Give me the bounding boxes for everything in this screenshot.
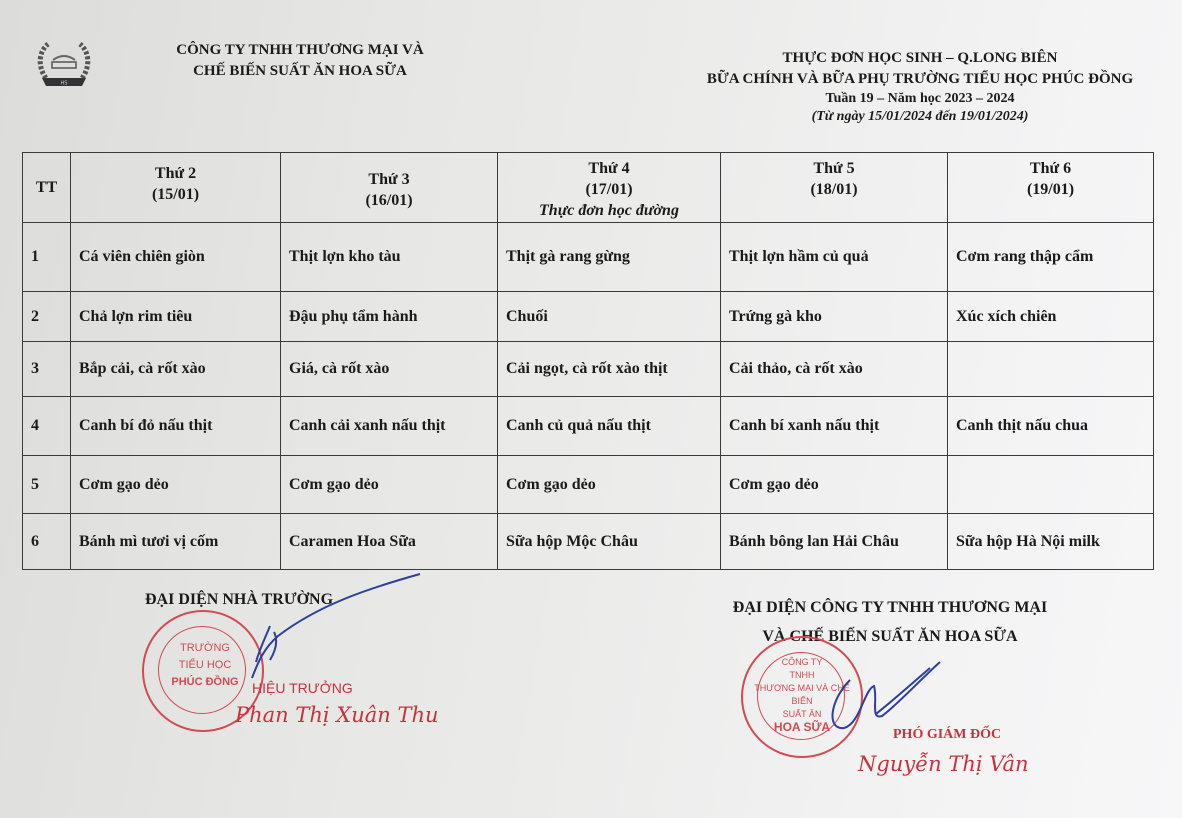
table-row: 6Bánh mì tươi vị cốmCaramen Hoa SữaSữa h… bbox=[23, 514, 1154, 570]
company-representative-heading: ĐẠI DIỆN CÔNG TY TNHH THƯƠNG MẠI VÀ CHẾ … bbox=[680, 593, 1100, 651]
table-row: 2Chả lợn rim tiêuĐậu phụ tẩm hànhChuốiTr… bbox=[23, 292, 1154, 342]
day-label: Thứ 4 bbox=[498, 158, 720, 179]
menu-cell: Cơm gạo dẻo bbox=[498, 456, 721, 514]
header-day: Thứ 6 (19/01) bbox=[948, 153, 1154, 223]
company-heading-line2: VÀ CHẾ BIẾN SUẤT ĂN HOA SỮA bbox=[680, 622, 1100, 651]
company-logo-icon: HS bbox=[36, 38, 92, 90]
header-day: Thứ 4 (17/01) Thực đơn học đường bbox=[498, 153, 721, 223]
menu-cell: Cơm gạo dẻo bbox=[721, 456, 948, 514]
table-row: 5Cơm gạo dẻoCơm gạo dẻoCơm gạo dẻoCơm gạ… bbox=[23, 456, 1154, 514]
header-day: Thứ 2 (15/01) bbox=[71, 153, 281, 223]
menu-cell: Thịt lợn hầm củ quả bbox=[721, 223, 948, 292]
menu-table: TT Thứ 2 (15/01) Thứ 3 (16/01) Thứ 4 (17… bbox=[22, 152, 1154, 570]
table-row: 4Canh bí đỏ nấu thịtCanh cải xanh nấu th… bbox=[23, 397, 1154, 456]
day-label: Thứ 5 bbox=[721, 158, 947, 179]
menu-cell: Xúc xích chiên bbox=[948, 292, 1154, 342]
menu-cell bbox=[948, 342, 1154, 397]
company-heading-line1: ĐẠI DIỆN CÔNG TY TNHH THƯƠNG MẠI bbox=[680, 593, 1100, 622]
day-date: (17/01) bbox=[498, 179, 720, 200]
row-number: 5 bbox=[23, 456, 71, 514]
day-label: Thứ 2 bbox=[71, 163, 280, 184]
menu-week: Tuần 19 – Năm học 2023 – 2024 bbox=[690, 90, 1150, 108]
menu-cell: Bánh mì tươi vị cốm bbox=[71, 514, 281, 570]
day-label: Thứ 3 bbox=[281, 169, 497, 190]
menu-cell bbox=[948, 456, 1154, 514]
row-number: 2 bbox=[23, 292, 71, 342]
header-day: Thứ 3 (16/01) bbox=[281, 153, 498, 223]
menu-cell: Canh cải xanh nấu thịt bbox=[281, 397, 498, 456]
menu-cell: Sữa hộp Mộc Châu bbox=[498, 514, 721, 570]
menu-cell: Caramen Hoa Sữa bbox=[281, 514, 498, 570]
table-row: 3Bắp cải, cà rốt xàoGiá, cà rốt xàoCải n… bbox=[23, 342, 1154, 397]
menu-cell: Bắp cải, cà rốt xào bbox=[71, 342, 281, 397]
menu-cell: Đậu phụ tẩm hành bbox=[281, 292, 498, 342]
row-number: 3 bbox=[23, 342, 71, 397]
menu-cell: Cơm gạo dẻo bbox=[71, 456, 281, 514]
company-name-line1: CÔNG TY TNHH THƯƠNG MẠI VÀ bbox=[150, 40, 450, 61]
menu-cell: Chuối bbox=[498, 292, 721, 342]
menu-cell: Sữa hộp Hà Nội milk bbox=[948, 514, 1154, 570]
menu-cell: Canh củ quả nấu thịt bbox=[498, 397, 721, 456]
day-note: Thực đơn học đường bbox=[498, 200, 720, 221]
vice-director-name: Nguyễn Thị Vân bbox=[858, 752, 1029, 776]
menu-cell: Thịt lợn kho tàu bbox=[281, 223, 498, 292]
menu-cell: Cải ngọt, cà rốt xào thịt bbox=[498, 342, 721, 397]
company-name-line2: CHẾ BIẾN SUẤT ĂN HOA SỮA bbox=[150, 61, 450, 82]
menu-cell: Giá, cà rốt xào bbox=[281, 342, 498, 397]
header-day: Thứ 5 (18/01) bbox=[721, 153, 948, 223]
menu-cell: Cá viên chiên giòn bbox=[71, 223, 281, 292]
menu-cell: Cơm rang thập cẩm bbox=[948, 223, 1154, 292]
header-tt: TT bbox=[23, 153, 71, 223]
menu-cell: Cải thảo, cà rốt xào bbox=[721, 342, 948, 397]
menu-subtitle: BỮA CHÍNH VÀ BỮA PHỤ TRƯỜNG TIỂU HỌC PHÚ… bbox=[690, 69, 1150, 90]
menu-cell: Bánh bông lan Hải Châu bbox=[721, 514, 948, 570]
company-header: CÔNG TY TNHH THƯƠNG MẠI VÀ CHẾ BIẾN SUẤT… bbox=[150, 40, 450, 82]
menu-title: THỰC ĐƠN HỌC SINH – Q.LONG BIÊN bbox=[690, 48, 1150, 69]
menu-cell: Chả lợn rim tiêu bbox=[71, 292, 281, 342]
row-number: 6 bbox=[23, 514, 71, 570]
menu-cell: Thịt gà rang gừng bbox=[498, 223, 721, 292]
menu-cell: Canh bí đỏ nấu thịt bbox=[71, 397, 281, 456]
menu-cell: Trứng gà kho bbox=[721, 292, 948, 342]
table-header-row: TT Thứ 2 (15/01) Thứ 3 (16/01) Thứ 4 (17… bbox=[23, 153, 1154, 223]
day-date: (16/01) bbox=[281, 190, 497, 211]
day-label: Thứ 6 bbox=[948, 158, 1153, 179]
day-date: (19/01) bbox=[948, 179, 1153, 200]
table-row: 1Cá viên chiên giònThịt lợn kho tàuThịt … bbox=[23, 223, 1154, 292]
menu-header: THỰC ĐƠN HỌC SINH – Q.LONG BIÊN BỮA CHÍN… bbox=[690, 48, 1150, 126]
menu-cell: Canh thịt nấu chua bbox=[948, 397, 1154, 456]
row-number: 4 bbox=[23, 397, 71, 456]
day-date: (18/01) bbox=[721, 179, 947, 200]
principal-signature-icon bbox=[230, 570, 430, 690]
menu-cell: Cơm gạo dẻo bbox=[281, 456, 498, 514]
vice-director-signature-icon bbox=[820, 650, 950, 750]
svg-text:HS: HS bbox=[61, 81, 68, 87]
menu-date-range: (Từ ngày 15/01/2024 đến 19/01/2024) bbox=[690, 108, 1150, 126]
menu-cell: Canh bí xanh nấu thịt bbox=[721, 397, 948, 456]
principal-name: Phan Thị Xuân Thu bbox=[235, 703, 439, 727]
row-number: 1 bbox=[23, 223, 71, 292]
day-date: (15/01) bbox=[71, 184, 280, 205]
